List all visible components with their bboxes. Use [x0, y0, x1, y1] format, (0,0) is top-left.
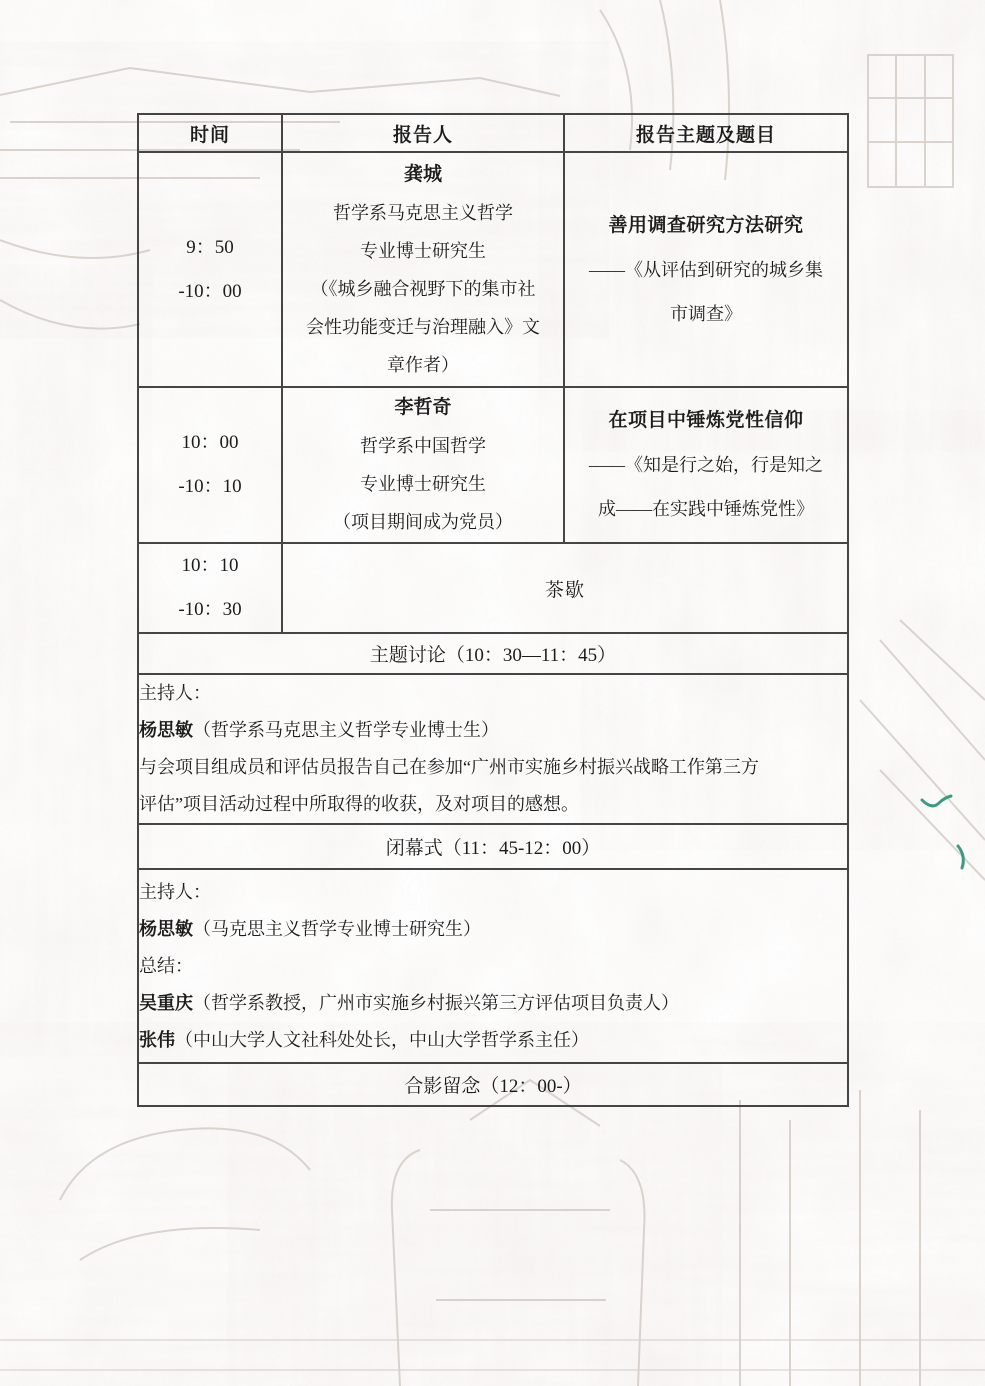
- speaker-desc: （哲学系教授，广州市实施乡村振兴第三方评估项目负责人）: [193, 993, 679, 1013]
- session-row-1: 9：50 -10：00 龚城 哲学系马克思主义哲学 专业博士研究生 （《城乡融合…: [138, 152, 848, 387]
- time-line: -10：00: [139, 270, 281, 314]
- group-photo-row: 合影留念（12：00-）: [138, 1063, 848, 1106]
- closing-section-title: 闭幕式（11：45-12：00）: [138, 824, 848, 869]
- time-line: -10：10: [139, 465, 281, 509]
- time-line: 9：50: [139, 226, 281, 270]
- host-name: 杨思敏: [139, 919, 193, 939]
- time-line: 10：10: [139, 544, 281, 588]
- session-2-time-cell: 10：00 -10：10: [138, 387, 282, 543]
- session-2-presenter-cell: 李哲奇 哲学系中国哲学 专业博士研究生 （项目期间成为党员）: [282, 387, 564, 543]
- speaker-name: 张伟: [139, 1030, 175, 1050]
- group-photo-title: 合影留念（12：00-）: [138, 1063, 848, 1106]
- topic-line: 成——在实践中锤炼党性》: [565, 487, 847, 531]
- host-label: 主持人：: [139, 874, 847, 911]
- discussion-section-title: 主题讨论（10：30—11：45）: [138, 633, 848, 674]
- page: 时间 报告人 报告主题及题目 9：50 -10：00 龚城 哲学系马克思主义哲学…: [0, 0, 985, 1386]
- session-row-2: 10：00 -10：10 李哲奇 哲学系中国哲学 专业博士研究生 （项目期间成为…: [138, 387, 848, 543]
- topic-line: ——《从评估到研究的城乡集: [565, 248, 847, 292]
- presenter-line: 章作者）: [283, 346, 563, 384]
- schedule-table: 时间 报告人 报告主题及题目 9：50 -10：00 龚城 哲学系马克思主义哲学…: [137, 113, 849, 1107]
- topic-title: 善用调查研究方法研究: [565, 204, 847, 248]
- closing-body-cell: 主持人： 杨思敏（马克思主义哲学专业博士研究生） 总结： 吴重庆（哲学系教授，广…: [138, 869, 848, 1063]
- presenter-name: 李哲奇: [283, 389, 563, 427]
- host-line: 杨思敏（马克思主义哲学专业博士研究生）: [139, 911, 847, 948]
- tea-break-time-cell: 10：10 -10：30: [138, 543, 282, 633]
- host-label: 主持人：: [139, 675, 847, 712]
- discussion-body-cell: 主持人： 杨思敏（哲学系马克思主义哲学专业博士生） 与会项目组成员和评估员报告自…: [138, 674, 848, 824]
- header-cell-topic: 报告主题及题目: [564, 114, 848, 152]
- time-line: 10：00: [139, 421, 281, 465]
- discussion-body-row: 主持人： 杨思敏（哲学系马克思主义哲学专业博士生） 与会项目组成员和评估员报告自…: [138, 674, 848, 824]
- discussion-body-line: 评估”项目活动过程中所取得的收获，及对项目的感想。: [139, 786, 847, 823]
- session-1-presenter-cell: 龚城 哲学系马克思主义哲学 专业博士研究生 （《城乡融合视野下的集市社 会性功能…: [282, 152, 564, 387]
- presenter-line: 哲学系马克思主义哲学: [283, 194, 563, 232]
- session-1-topic-cell: 善用调查研究方法研究 ——《从评估到研究的城乡集 市调查》: [564, 152, 848, 387]
- tea-break-label: 茶歇: [282, 543, 848, 633]
- presenter-line: （项目期间成为党员）: [283, 503, 563, 541]
- header-cell-time: 时间: [138, 114, 282, 152]
- host-name: 杨思敏: [139, 720, 193, 740]
- closing-body-row: 主持人： 杨思敏（马克思主义哲学专业博士研究生） 总结： 吴重庆（哲学系教授，广…: [138, 869, 848, 1063]
- presenter-name: 龚城: [283, 156, 563, 194]
- tea-break-row: 10：10 -10：30 茶歇: [138, 543, 848, 633]
- presenter-line: 专业博士研究生: [283, 232, 563, 270]
- session-2-topic-cell: 在项目中锤炼党性信仰 ——《知是行之始，行是知之 成——在实践中锤炼党性》: [564, 387, 848, 543]
- topic-title: 在项目中锤炼党性信仰: [565, 399, 847, 443]
- summary-label: 总结：: [139, 948, 847, 985]
- session-1-time-cell: 9：50 -10：00: [138, 152, 282, 387]
- speaker-desc: （中山大学人文社科处处长，中山大学哲学系主任）: [175, 1030, 589, 1050]
- topic-line: 市调查》: [565, 292, 847, 336]
- discussion-body-line: 与会项目组成员和评估员报告自己在参加“广州市实施乡村振兴战略工作第三方: [139, 749, 847, 786]
- presenter-line: （《城乡融合视野下的集市社: [283, 270, 563, 308]
- presenter-line: 会性功能变迁与治理融入》文: [283, 308, 563, 346]
- topic-line: ——《知是行之始，行是知之: [565, 443, 847, 487]
- host-desc: （哲学系马克思主义哲学专业博士生）: [193, 720, 499, 740]
- presenter-line: 专业博士研究生: [283, 465, 563, 503]
- discussion-title-row: 主题讨论（10：30—11：45）: [138, 633, 848, 674]
- host-desc: （马克思主义哲学专业博士研究生）: [193, 919, 481, 939]
- header-cell-presenter: 报告人: [282, 114, 564, 152]
- speaker-line: 吴重庆（哲学系教授，广州市实施乡村振兴第三方评估项目负责人）: [139, 985, 847, 1022]
- speaker-name: 吴重庆: [139, 993, 193, 1013]
- speaker-line: 张伟（中山大学人文社科处处长，中山大学哲学系主任）: [139, 1022, 847, 1059]
- host-line: 杨思敏（哲学系马克思主义哲学专业博士生）: [139, 712, 847, 749]
- closing-title-row: 闭幕式（11：45-12：00）: [138, 824, 848, 869]
- header-row: 时间 报告人 报告主题及题目: [138, 114, 848, 152]
- presenter-line: 哲学系中国哲学: [283, 427, 563, 465]
- time-line: -10：30: [139, 588, 281, 632]
